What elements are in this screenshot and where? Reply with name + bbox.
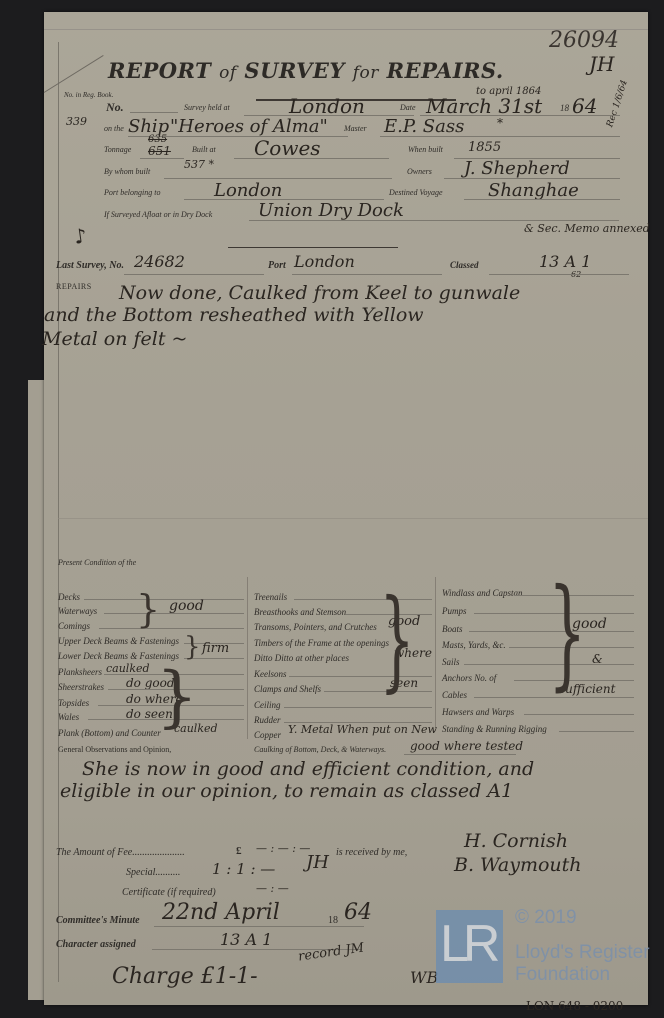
top-initials: JH <box>589 52 614 76</box>
certificate-value: — : — <box>256 882 289 895</box>
master-label: Master <box>344 124 367 133</box>
cond-sails-label: Sails <box>442 657 460 667</box>
observation-line-1: She is now in good and efficient conditi… <box>82 758 534 780</box>
col-rule-2 <box>435 577 436 727</box>
watermark-org-line2: Foundation <box>515 964 610 986</box>
brace-icon: } <box>136 587 160 631</box>
fee-amount-value: — : — : — <box>256 842 310 855</box>
col-rule-1 <box>247 577 248 739</box>
observations-label: General Observations and Opinion, <box>58 745 171 754</box>
last-port-line <box>292 274 442 275</box>
cond-windlass-label: Windlass and Capstan <box>442 588 523 598</box>
cond-copper-value: Y. Metal When put on New <box>288 723 437 736</box>
repairs-line-1: Now done, Caulked from Keel to gunwale <box>119 282 520 304</box>
cond-transoms-label: Transoms, Pointers, and Crutches <box>254 622 377 632</box>
corner-pen-stroke <box>44 55 104 93</box>
cond-cables-label: Cables <box>442 690 467 700</box>
reg-book-value: 339 <box>66 115 87 128</box>
brace-icon: } <box>380 584 415 694</box>
master-mark: * <box>497 116 503 130</box>
cond-sheerstrakes-label: Sheerstrakes <box>58 682 104 692</box>
owners-line <box>444 178 620 179</box>
voyage-label: Destined Voyage <box>389 188 443 197</box>
committee-year-prefix: 18 <box>328 915 338 926</box>
master-value: E.P. Sass <box>384 116 464 137</box>
row-line <box>324 691 432 692</box>
page-title: REPORT of SURVEY for REPAIRS. <box>108 58 504 83</box>
brace-icon: } <box>156 664 198 730</box>
last-port-label: Port <box>268 260 286 271</box>
classed-line <box>489 274 629 275</box>
lr-logo: LR <box>436 910 503 983</box>
built-at-value: Cowes <box>254 136 321 160</box>
last-port-value: London <box>294 252 355 271</box>
committee-value: 22nd April <box>162 900 280 925</box>
cond-waterways-label: Waterways <box>58 606 97 616</box>
caulking-line <box>404 754 516 755</box>
special-initials: JH <box>306 852 329 873</box>
when-built-value: 1855 <box>468 140 501 155</box>
cond-anchors-label: Anchors No. of <box>442 673 496 683</box>
reg-book-label: No. in Reg. Book. <box>64 90 100 100</box>
built-at-line <box>234 158 389 159</box>
row-line <box>99 628 244 629</box>
bottom-initials: WB <box>410 968 438 987</box>
margin-annotation: Rec 1/6/64 <box>605 79 630 129</box>
by-whom-label: By whom built <box>104 167 150 176</box>
cond-waterways-value: good <box>169 598 204 614</box>
committee-line <box>154 926 364 927</box>
received-label: is received by me, <box>336 847 407 858</box>
last-survey-value: 24682 <box>134 252 185 271</box>
record-note: record JM <box>297 940 365 964</box>
brace-icon: } <box>548 574 586 694</box>
cond-keelsons-label: Keelsons <box>254 669 287 679</box>
dock-note: & Sec. Memo annexed <box>524 222 650 235</box>
voyage-line <box>464 199 620 200</box>
observation-line-2: eligible in our opinion, to remain as cl… <box>60 780 513 802</box>
cond-wales-label: Wales <box>58 712 79 722</box>
on-the-label: on the <box>104 124 124 133</box>
character-value: 13 A 1 <box>220 930 272 949</box>
row-line <box>524 714 634 715</box>
master-line <box>380 136 620 137</box>
tonnage-note: 537 * <box>184 158 214 171</box>
tonnage-label: Tonnage <box>104 145 131 154</box>
cond-hawsers-label: Hawsers and Warps <box>442 707 514 717</box>
port-value: London <box>214 180 282 201</box>
fee-amount-label: The Amount of Fee..................... <box>56 847 185 858</box>
cond-topsides-label: Topsides <box>58 698 89 708</box>
date-label: Date <box>400 103 416 112</box>
special-label: Special.......... <box>126 867 180 878</box>
dock-line <box>249 220 619 221</box>
classed-value: 13 A 1 <box>539 252 591 271</box>
owners-value: J. Shepherd <box>464 158 570 179</box>
signature-2: B. Waymouth <box>454 854 582 876</box>
cond-upper-deck-label: Upper Deck Beams & Fastenings <box>58 636 179 646</box>
condition-heading: Present Condition of the <box>58 558 136 567</box>
year-prefix: 18 <box>560 103 569 113</box>
cond-rudder-label: Rudder <box>254 715 281 725</box>
certificate-label: Certificate (if required) <box>122 887 216 898</box>
tonnage-value: 651 <box>148 144 171 158</box>
dock-label: If Surveyed Afloat or in Dry Dock <box>104 210 212 219</box>
signature-1: H. Cornish <box>464 830 568 852</box>
cond-timbers-label: Timbers of the Frame at the openings <box>254 638 389 648</box>
watermark-org-line1: Lloyd's Register <box>515 942 650 964</box>
fold-line <box>58 518 648 519</box>
repairs-label: REPAIRS <box>56 282 92 291</box>
committee-label: Committee's Minute <box>56 915 140 926</box>
cond-planksheers-label: Planksheers <box>58 667 102 677</box>
cond-ceiling-label: Ceiling <box>254 700 281 710</box>
row-line <box>84 599 244 600</box>
section-divider <box>228 247 398 248</box>
port-label: Port belonging to <box>104 188 160 197</box>
cond-plank-label: Plank (Bottom) and Counter <box>58 728 161 738</box>
tonnage-line <box>140 158 184 159</box>
charge-value: Charge £1-1- <box>112 964 258 989</box>
by-whom-line <box>164 178 392 179</box>
cond-pumps-label: Pumps <box>442 606 467 616</box>
caulking-value: good where tested <box>410 739 523 753</box>
cond-breasthooks-label: Breasthooks and Stemson <box>254 607 346 617</box>
document-number: 26094 <box>549 28 619 53</box>
cond-copper-label: Copper <box>254 730 281 740</box>
owners-label: Owners <box>407 167 432 176</box>
margin-initials: ♪ <box>72 223 88 249</box>
dock-value: Union Dry Dock <box>258 200 404 221</box>
pound-sign: £ <box>236 845 242 857</box>
row-line <box>104 613 244 614</box>
repairs-line-2: and the Bottom resheathed with Yellow <box>44 304 424 326</box>
no-line <box>130 112 178 113</box>
cond-lower-deck-value: firm <box>202 641 229 656</box>
row-line <box>284 707 432 708</box>
special-value: 1 : 1 : — <box>212 860 275 878</box>
character-label: Character assigned <box>56 939 136 950</box>
archive-reference: LON 648 - 0200 <box>526 999 623 1013</box>
survey-held-label: Survey held at <box>184 103 230 112</box>
caulking-label: Caulking of Bottom, Deck, & Waterways. <box>254 745 386 754</box>
cond-rigging-label: Standing & Running Rigging <box>442 724 547 734</box>
vessel-name: "Heroes of Alma" <box>170 116 328 137</box>
last-survey-label: Last Survey, No. <box>56 260 124 271</box>
survey-document-page: 26094 REPORT of SURVEY for REPAIRS. JH t… <box>44 12 648 1005</box>
cond-ditto-label: Ditto Ditto at other places <box>254 653 349 663</box>
committee-year: 64 <box>344 900 372 925</box>
left-margin-rule <box>58 42 59 982</box>
voyage-value: Shanghae <box>488 180 579 201</box>
repairs-line-3: Metal on felt ~ <box>42 328 187 350</box>
cond-masts-label: Masts, Yards, &c. <box>442 640 506 650</box>
cond-comings-label: Comings <box>58 621 90 631</box>
no-label: No. <box>106 100 124 115</box>
last-survey-line <box>124 274 264 275</box>
built-at-label: Built at <box>192 145 216 154</box>
cond-treenails-label: Treenails <box>254 592 287 602</box>
when-built-label: When built <box>408 145 443 154</box>
cond-boats-label: Boats <box>442 624 463 634</box>
cond-clamps-label: Clamps and Shelfs <box>254 684 321 694</box>
cond-decks-label: Decks <box>58 592 80 602</box>
watermark-copyright: © 2019 <box>515 907 577 929</box>
classed-label: Classed <box>450 260 479 270</box>
row-line <box>559 731 634 732</box>
